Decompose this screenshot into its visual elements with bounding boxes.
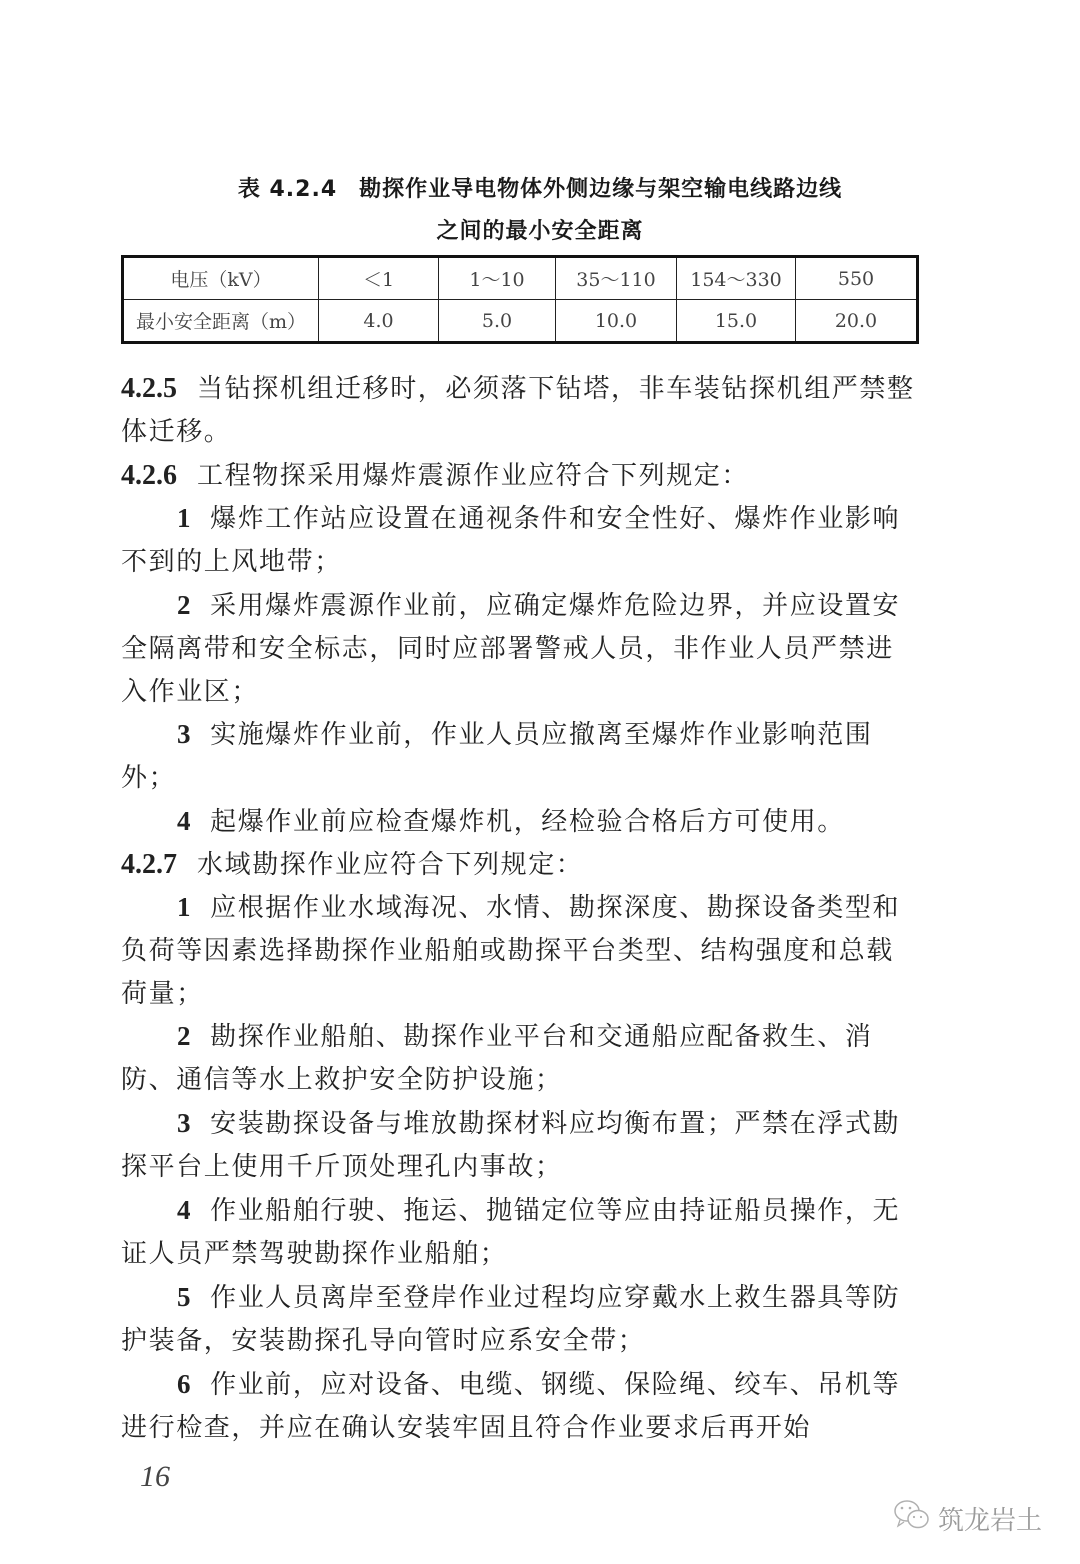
table-caption-line2: 之间的最小安全距离 [0, 214, 1080, 245]
safety-distance-table: 电压（kV） ＜1 1～10 35～110 154～330 550 最小安全距离… [121, 255, 919, 344]
item-number: 1 [177, 892, 192, 922]
table-caption-line1: 表 4.2.4勘探作业导电物体外侧边缘与架空输电线路边线 [0, 172, 1080, 203]
table-cell: 20.0 [796, 300, 918, 343]
item-text: 勘探作业船舶、勘探作业平台和交通船应配备救生、消防、通信等水上救护安全防护设施； [121, 1022, 873, 1095]
table-cell: 10.0 [556, 300, 677, 343]
list-item: 2采用爆炸震源作业前，应确定爆炸危险边界，并应设置安全隔离带和安全标志，同时应部… [121, 584, 921, 714]
row-header: 电压（kV） [123, 257, 319, 300]
item-number: 2 [177, 590, 192, 620]
clause-text: 水域勘探作业应符合下列规定： [197, 850, 583, 880]
clause-text: 工程物探采用爆炸震源作业应符合下列规定： [197, 461, 749, 491]
item-text: 起爆作业前应检查爆炸机，经检验合格后方可使用。 [210, 807, 845, 837]
list-item: 3安装勘探设备与堆放勘探材料应均衡布置；严禁在浮式勘探平台上使用千斤顶处理孔内事… [121, 1102, 921, 1189]
item-text: 采用爆炸震源作业前，应确定爆炸危险边界，并应设置安全隔离带和安全标志，同时应部署… [121, 591, 900, 707]
item-text: 作业人员离岸至登岸作业过程均应穿戴水上救生器具等防护装备，安装勘探孔导向管时应系… [121, 1283, 900, 1356]
list-item: 5作业人员离岸至登岸作业过程均应穿戴水上救生器具等防护装备，安装勘探孔导向管时应… [121, 1276, 921, 1363]
list-item: 6作业前，应对设备、电缆、钢缆、保险绳、绞车、吊机等进行检查，并应在确认安装牢固… [121, 1363, 921, 1450]
watermark-text: 筑龙岩土 [938, 1500, 1042, 1537]
clause-number: 4.2.6 [121, 460, 177, 491]
watermark: 筑龙岩土 [892, 1498, 1042, 1539]
item-number: 3 [177, 1108, 192, 1138]
table-cell: 35～110 [556, 257, 677, 300]
item-number: 6 [177, 1369, 192, 1399]
clause-number: 4.2.7 [121, 849, 177, 880]
page-number: 16 [140, 1460, 170, 1494]
clause-number: 4.2.5 [121, 373, 177, 404]
table-cell: 1～10 [439, 257, 556, 300]
table-cell: 5.0 [439, 300, 556, 343]
clause-4-2-5: 4.2.5当钻探机组迁移时，必须落下钻塔，非车装钻探机组严禁整体迁移。 [121, 367, 921, 454]
item-number: 5 [177, 1282, 192, 1312]
item-number: 1 [177, 503, 192, 533]
item-text: 实施爆炸作业前，作业人员应撤离至爆炸作业影响范围外； [121, 720, 873, 793]
list-item: 3实施爆炸作业前，作业人员应撤离至爆炸作业影响范围外； [121, 713, 921, 800]
list-item: 4作业船舶行驶、拖运、抛锚定位等应由持证船员操作，无证人员严禁驾驶勘探作业船舶； [121, 1189, 921, 1276]
list-item: 4起爆作业前应检查爆炸机，经检验合格后方可使用。 [121, 800, 921, 844]
table-row-voltage: 电压（kV） ＜1 1～10 35～110 154～330 550 [123, 257, 918, 300]
item-text: 应根据作业水域海况、水情、勘探深度、勘探设备类型和负荷等因素选择勘探作业船舶或勘… [121, 893, 900, 1009]
table-title: 勘探作业导电物体外侧边缘与架空输电线路边线 [359, 177, 842, 202]
table-cell: 550 [796, 257, 918, 300]
list-item: 1应根据作业水域海况、水情、勘探深度、勘探设备类型和负荷等因素选择勘探作业船舶或… [121, 886, 921, 1016]
table-cell: 15.0 [677, 300, 796, 343]
item-text: 爆炸工作站应设置在通视条件和安全性好、爆炸作业影响不到的上风地带； [121, 504, 900, 577]
item-text: 作业船舶行驶、拖运、抛锚定位等应由持证船员操作，无证人员严禁驾驶勘探作业船舶； [121, 1196, 900, 1269]
list-item: 1爆炸工作站应设置在通视条件和安全性好、爆炸作业影响不到的上风地带； [121, 497, 921, 584]
item-number: 2 [177, 1021, 192, 1051]
table-cell: 4.0 [319, 300, 439, 343]
table-cell: 154～330 [677, 257, 796, 300]
list-item: 2勘探作业船舶、勘探作业平台和交通船应配备救生、消防、通信等水上救护安全防护设施… [121, 1015, 921, 1102]
item-number: 3 [177, 719, 192, 749]
clause-4-2-7: 4.2.7水域勘探作业应符合下列规定： [121, 843, 921, 887]
item-number: 4 [177, 1195, 192, 1225]
clause-text: 当钻探机组迁移时，必须落下钻塔，非车装钻探机组严禁整体迁移。 [121, 374, 915, 447]
table-number: 表 4.2.4 [238, 177, 337, 202]
table-cell: ＜1 [319, 257, 439, 300]
table-row-distance: 最小安全距离（m） 4.0 5.0 10.0 15.0 20.0 [123, 300, 918, 343]
clause-4-2-6: 4.2.6工程物探采用爆炸震源作业应符合下列规定： [121, 454, 921, 498]
item-text: 作业前，应对设备、电缆、钢缆、保险绳、绞车、吊机等进行检查，并应在确认安装牢固且… [121, 1370, 900, 1443]
item-text: 安装勘探设备与堆放勘探材料应均衡布置；严禁在浮式勘探平台上使用千斤顶处理孔内事故… [121, 1109, 900, 1182]
wechat-icon [892, 1498, 932, 1539]
item-number: 4 [177, 806, 192, 836]
row-header: 最小安全距离（m） [123, 300, 319, 343]
